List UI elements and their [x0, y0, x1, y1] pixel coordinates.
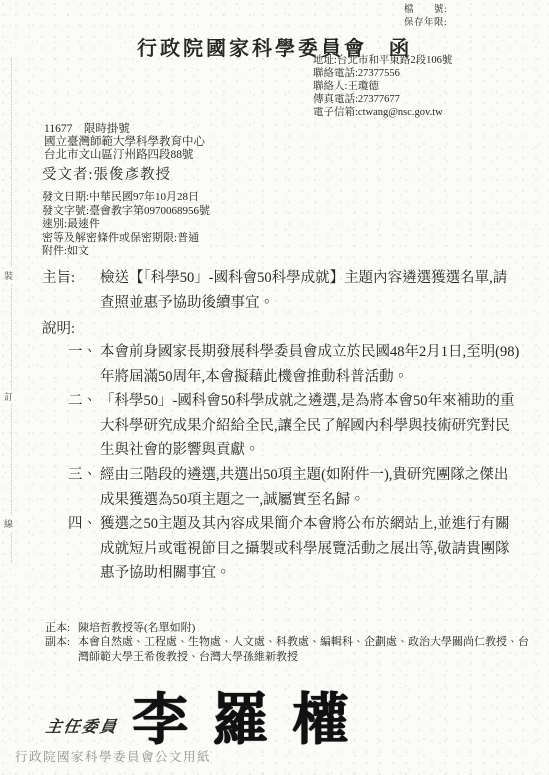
recipient-street: 台北市文山區汀州路四段88號 [44, 149, 205, 162]
recipient-address-block: 11677 限時掛號 國立臺灣師範大學科學教育中心 台北市文山區汀州路四段88號 [44, 123, 205, 162]
addressee-label: 受文者: [42, 167, 94, 183]
original-text: 陳培哲教授等(名單如附) [78, 621, 537, 635]
binding-mark: 裝 [4, 268, 13, 283]
classification: 密等及解密條件或保密期限:普通 [42, 232, 210, 246]
document-meta-block: 發文日期:中華民國97年10月28日 發文字號:臺會教字第0970068956號… [42, 191, 210, 259]
cc-copy-line: 副本: 本會自然處、工程處、生物處、人文處、科教處、編輯科、企劃處、政治大學關尚… [45, 635, 537, 664]
item-number: 四、 [68, 512, 100, 586]
explanation-label: 說明: [42, 317, 75, 338]
subject-section: 主旨: 檢送【「科學50」-國科會50科學成就】主題內容遴選獲選名單,請 查照並… [42, 266, 522, 316]
attachment: 附件:如文 [42, 245, 210, 259]
subject-label: 主旨: [42, 266, 100, 316]
copies-section: 正本: 陳培哲教授等(名單如附) 副本: 本會自然處、工程處、生物處、人文處、科… [45, 621, 537, 664]
explanation-item-3: 三、 經由三階段的遴選,共選出50項主題(如附件一),貴研究團隊之傑出成果獲選為… [68, 463, 522, 512]
signature-block: 主任委員 李羅權 [46, 676, 372, 756]
item-number: 二、 [68, 389, 100, 463]
item-text: 本會前身國家長期發展科學委員會成立於民國48年2月1日,至明(98)年將屆滿50… [100, 340, 522, 389]
addressee-name: 張俊彥教授 [94, 167, 172, 183]
document-title: 行政院國家科學委員會函 [0, 32, 549, 61]
sender-address: 地址:台北市和平東路2段106號 [313, 54, 452, 67]
sender-contact-block: 地址:台北市和平東路2段106號 聯絡電話:27377556 聯絡人:王瓊德 傳… [313, 54, 452, 119]
sender-fax: 傳真電話:27377677 [313, 93, 452, 106]
explanation-item-4: 四、 獲選之50主題及其內容成果簡介本會將公布於網站上,並進行有關成就短片或電視… [68, 512, 522, 586]
stationery-footer: 行政院國家科學委員會公文用紙 [15, 747, 211, 765]
file-number-label: 檔 號: [404, 4, 447, 17]
binding-mark: 訂 [4, 389, 13, 404]
priority: 速別:最速件 [42, 218, 210, 232]
issue-date: 發文日期:中華民國97年10月28日 [42, 191, 210, 205]
signer-name-calligraphy: 李羅權 [132, 676, 372, 756]
binding-margin-line [11, 58, 12, 563]
signer-title: 主任委員 [44, 714, 119, 737]
explanation-items: 一、 本會前身國家長期發展科學委員會成立於民國48年2月1日,至明(98)年將屆… [68, 340, 522, 586]
file-number-block: 檔 號: 保存年限: [404, 4, 447, 30]
sender-email: 電子信箱:ctwang@nsc.gov.tw [313, 106, 452, 119]
original-copy-line: 正本: 陳培哲教授等(名單如附) [45, 621, 537, 635]
official-letter-scan: 裝 訂 線 檔 號: 保存年限: 行政院國家科學委員會函 地址:台北市和平東路2… [0, 0, 549, 775]
cc-label: 副本: [45, 635, 78, 664]
cc-text: 本會自然處、工程處、生物處、人文處、科教處、編輯科、企劃處、政治大學關尚仁教授、… [78, 635, 537, 664]
item-text: 經由三階段的遴選,共選出50項主題(如附件一),貴研究團隊之傑出成果獲選為50項… [100, 463, 522, 512]
item-text: 「科學50」-國科會50科學成就之遴選,是為將本會50年來補助的重大科學研究成果… [100, 389, 522, 463]
sender-contact-person: 聯絡人:王瓊德 [313, 80, 452, 93]
issue-number: 發文字號:臺會教字第0970068956號 [42, 205, 210, 219]
explanation-item-1: 一、 本會前身國家長期發展科學委員會成立於民國48年2月1日,至明(98)年將屆… [68, 340, 522, 389]
addressee-line: 受文者:張俊彥教授 [42, 163, 171, 184]
mail-code: 11677 限時掛號 [44, 123, 205, 136]
original-label: 正本: [45, 621, 78, 635]
item-number: 一、 [68, 340, 100, 389]
explanation-item-2: 二、 「科學50」-國科會50科學成就之遴選,是為將本會50年來補助的重大科學研… [68, 389, 522, 463]
item-number: 三、 [68, 463, 100, 512]
sender-phone: 聯絡電話:27377556 [313, 67, 452, 80]
binding-mark: 線 [4, 516, 13, 531]
recipient-org: 國立臺灣師範大學科學教育中心 [44, 136, 205, 149]
subject-text: 檢送【「科學50」-國科會50科學成就】主題內容遴選獲選名單,請 查照並惠予協助… [100, 266, 522, 316]
item-text: 獲選之50主題及其內容成果簡介本會將公布於網站上,並進行有關成就短片或電視節目之… [100, 512, 522, 586]
retention-label: 保存年限: [404, 17, 447, 30]
